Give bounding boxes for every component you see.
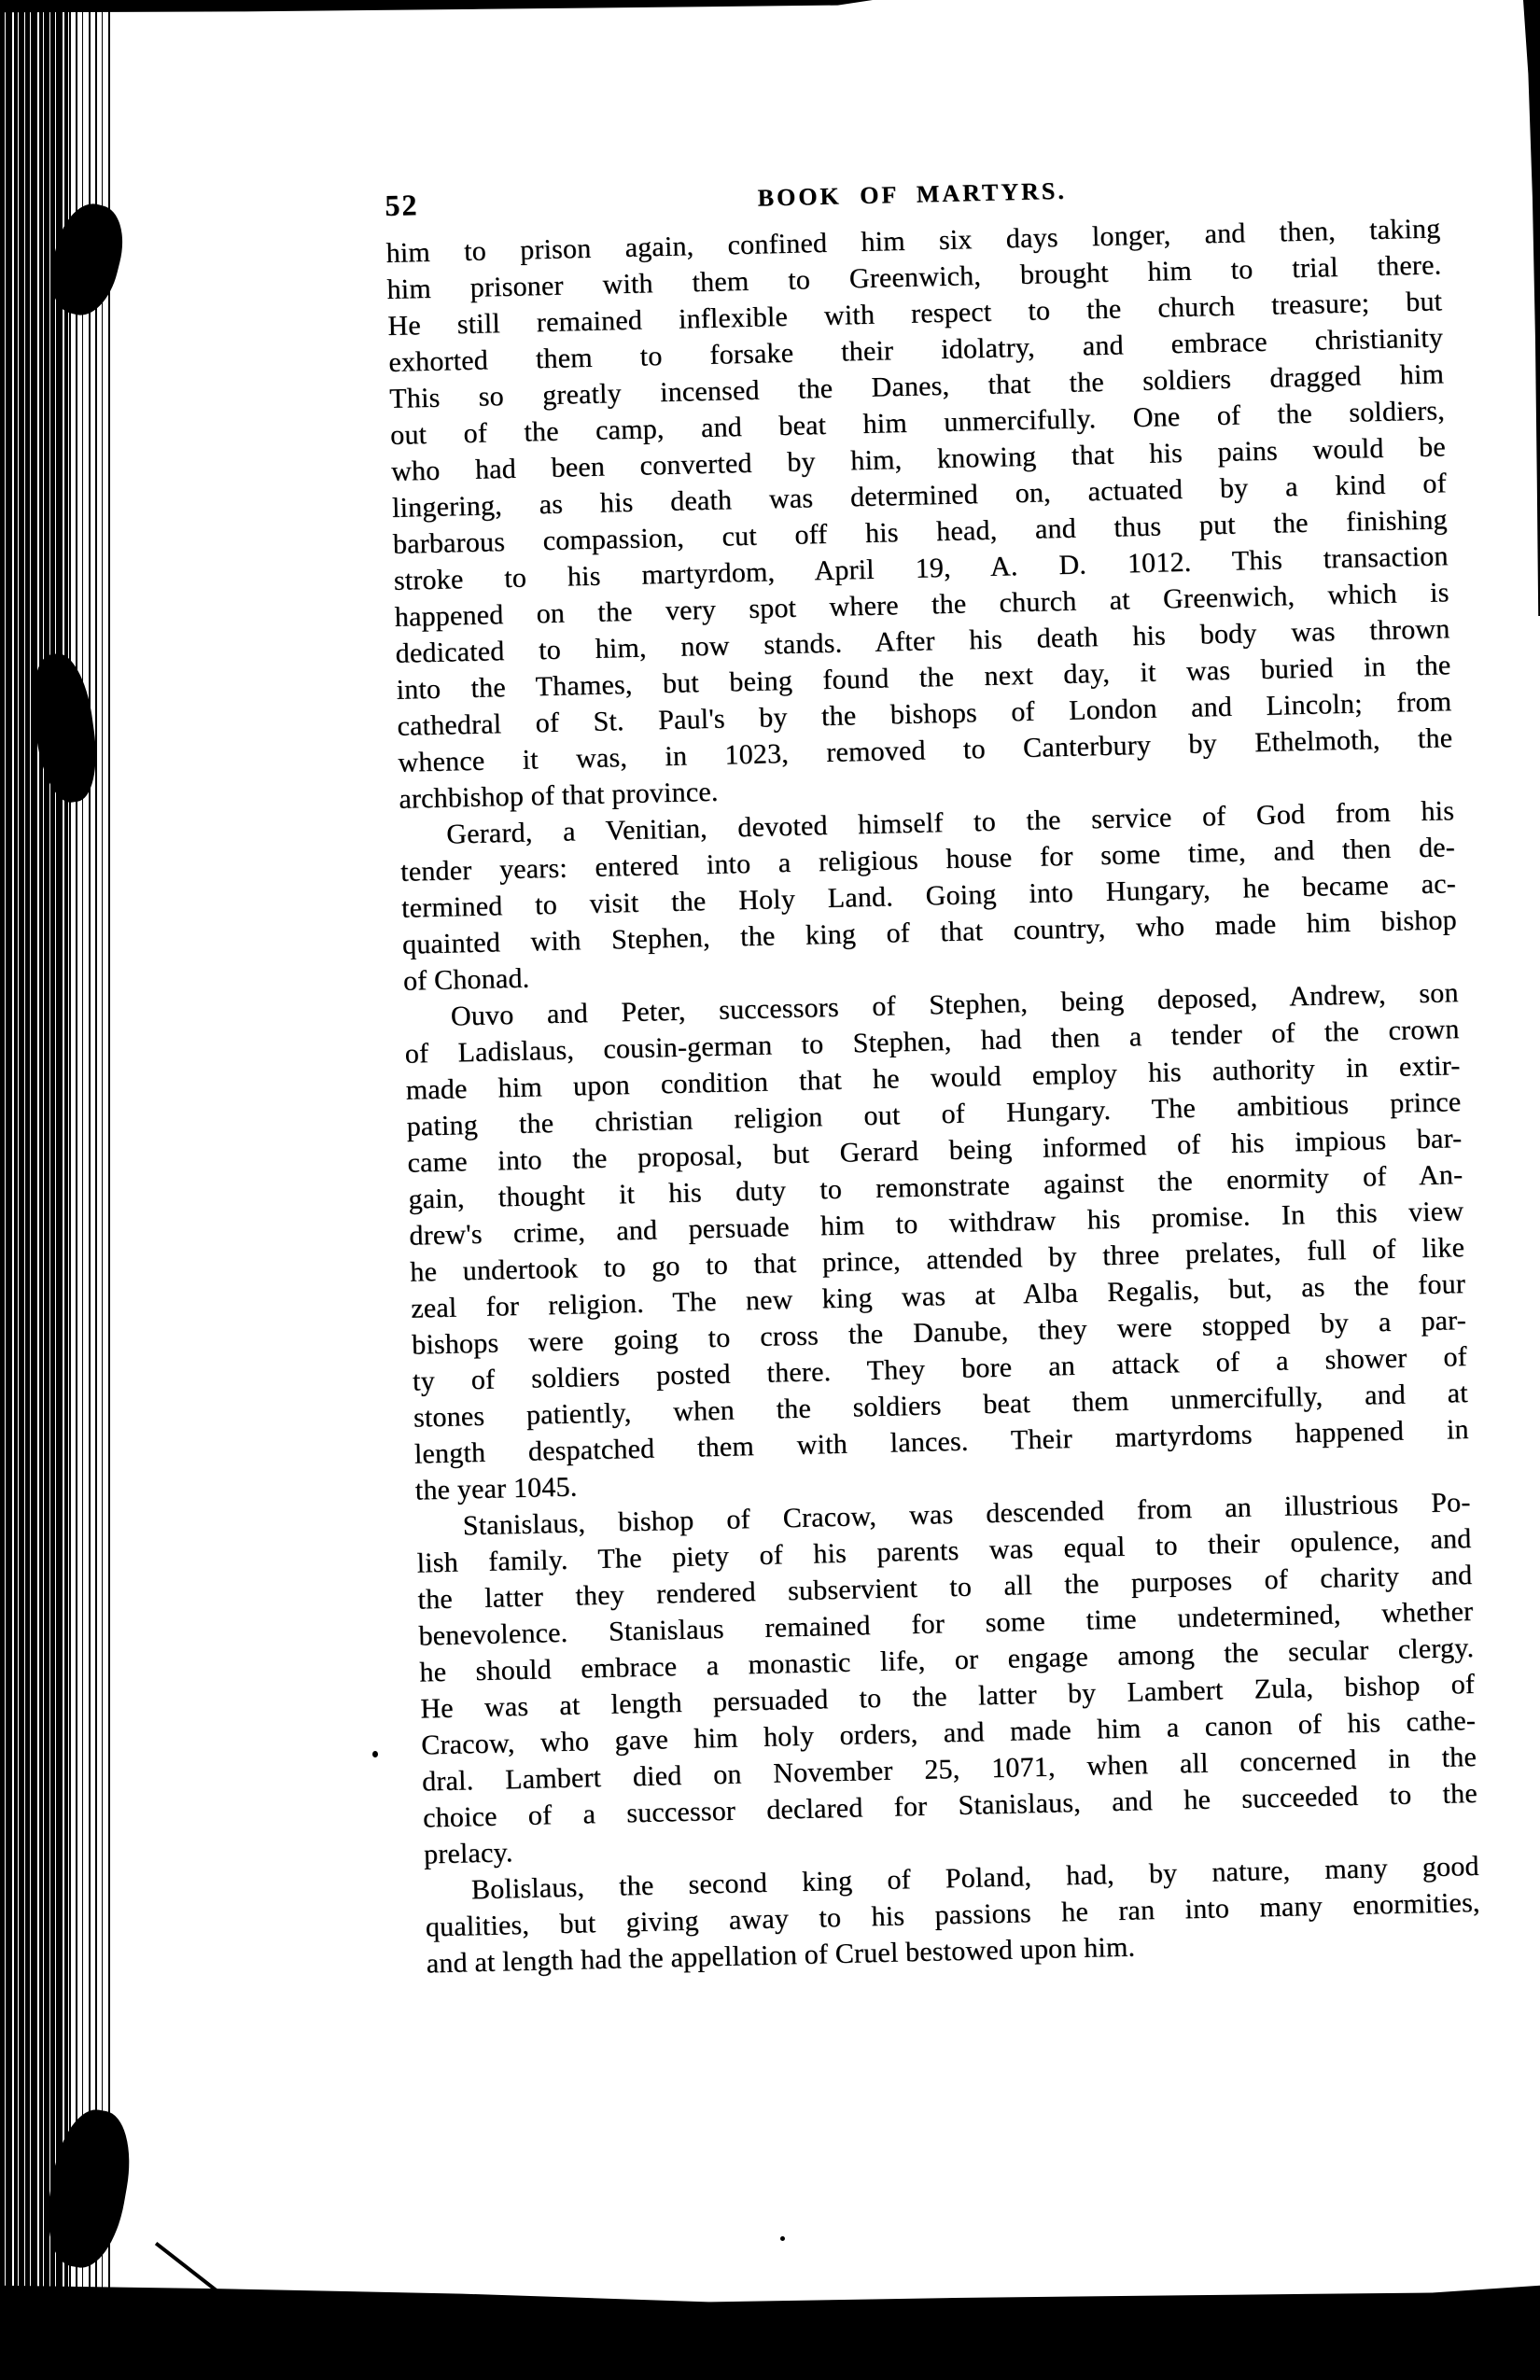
- page-content: 52 BOOK OF MARTYRS. him to prison again,…: [385, 165, 1481, 1981]
- running-header: BOOK OF MARTYRS.: [757, 176, 1067, 214]
- body-text: him to prison again, confined him six da…: [385, 210, 1481, 1981]
- paragraph: Stanislaus, bishop of Cracow, was descen…: [415, 1484, 1478, 1873]
- paragraph: Ouvo and Peter, successors of Stephen, b…: [403, 974, 1470, 1508]
- bottom-edge-scan-band: [0, 2277, 1540, 2380]
- scratch-mark: [155, 2242, 220, 2294]
- paragraph: Gerard, a Venitian, devoted himself to t…: [399, 792, 1458, 1000]
- book-binding-streaks: [69, 0, 114, 2380]
- ink-speck: [372, 1751, 378, 1757]
- ink-speck: [780, 2236, 785, 2241]
- book-binding-edge: [0, 0, 69, 2380]
- paragraph: him to prison again, confined him six da…: [385, 210, 1453, 817]
- top-right-corner-artifact: [1523, 0, 1540, 616]
- top-edge-scan-artifact: [0, 0, 873, 13]
- scanned-book-page: 52 BOOK OF MARTYRS. him to prison again,…: [0, 0, 1540, 2380]
- page-header: 52 BOOK OF MARTYRS.: [385, 165, 1439, 220]
- page-number: 52: [385, 189, 419, 220]
